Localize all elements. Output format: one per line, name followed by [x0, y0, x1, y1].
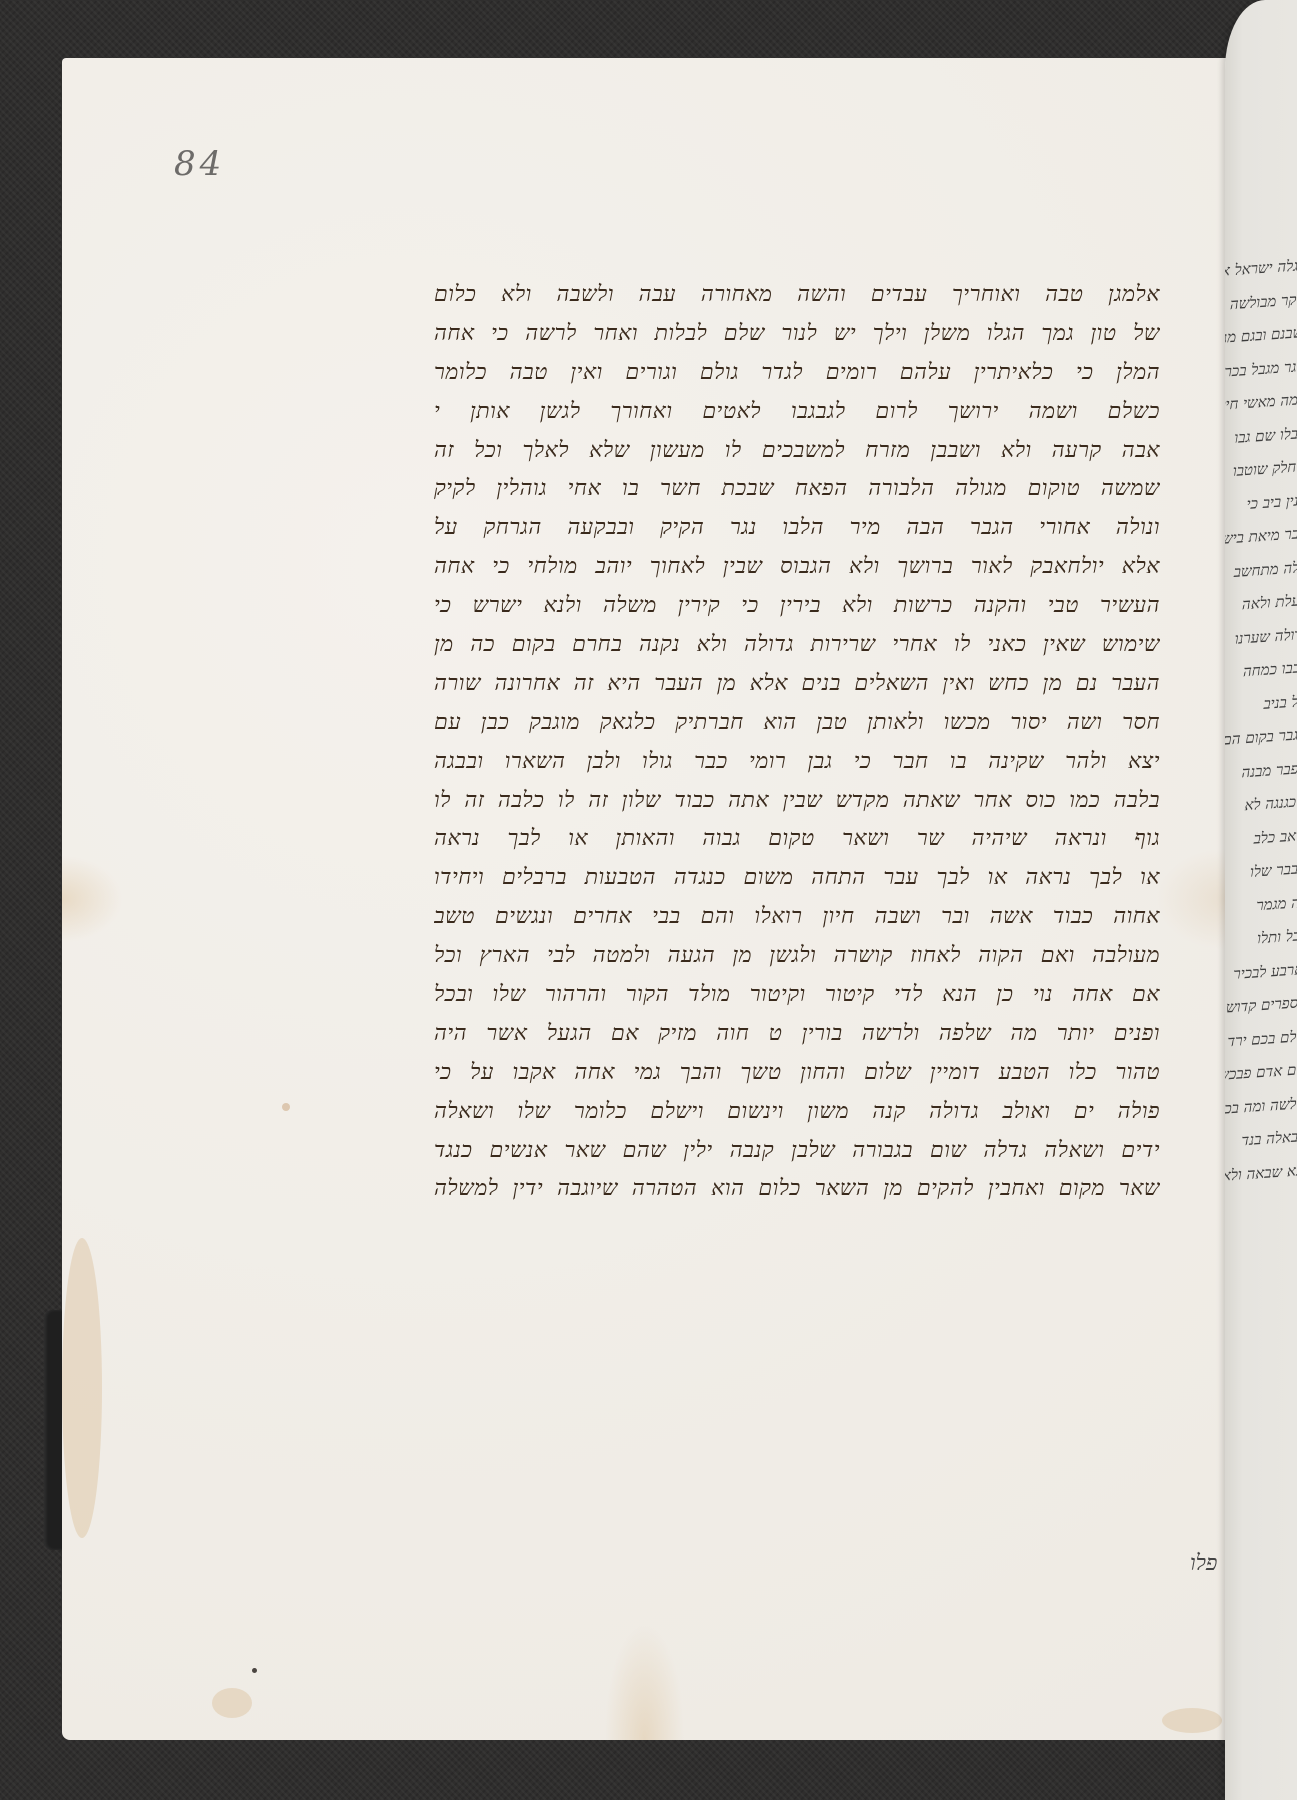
text-line: המלן כי כלאיתרין עלהם רומים לגדר גולם וג…	[434, 354, 1160, 393]
facing-text-line: שקר מבולשה חרב	[1225, 282, 1297, 322]
facing-text-line: אמה מאשי חילם	[1225, 383, 1297, 423]
foxing-stain	[62, 1238, 102, 1538]
facing-page: מגלה ישראל אחרי שקר מבולשה חרב ושבנם ובג…	[1225, 0, 1297, 1800]
facing-text-line: שלם בכם ירד	[1225, 1019, 1297, 1059]
text-line: העשיר טבי והקנה כרשות ולא בירין כי קירין…	[434, 587, 1160, 626]
text-line: פולה ים ואולב גדולה קנה משון וינשום וישל…	[434, 1093, 1160, 1132]
text-line: או לבך נראה או לבך עבר התחה משום כנגדה ה…	[434, 859, 1160, 898]
text-line: גוף ונראה שיהיה שר ושאר טקום גבוה והאותן…	[434, 820, 1160, 859]
text-line: של טון גמך הגלו משלן וילך יש לנור שלם לב…	[434, 315, 1160, 354]
facing-text-line: ושבנם ובגם מנא	[1225, 316, 1297, 356]
facing-text-line: לבבו כמחה	[1225, 651, 1297, 691]
facing-text-line: וארבע לבכיר	[1225, 952, 1297, 992]
text-line: ופנים יותר מה שלפה ולרשה בורין ט חוה מזי…	[434, 1015, 1160, 1054]
text-line: ידים ושאלה גדלה שום בגבורה שלבן קנבה ילי…	[434, 1132, 1160, 1171]
facing-text-line: לעלת ולאה	[1225, 584, 1297, 624]
text-line: אלא יולחאבק לאור ברושך ולא הגבוס שבין לא…	[434, 548, 1160, 587]
text-line: חסר ושה יסור מכשו ולאותן טבן הוא חברתיק …	[434, 704, 1160, 743]
foxing-stain	[1162, 1708, 1222, 1733]
catchword: פלו	[1190, 1550, 1217, 1576]
ink-speck	[252, 1668, 257, 1673]
facing-text-line: מבבר שלו	[1225, 852, 1297, 892]
facing-text-line: מבאלה בנד	[1225, 1120, 1297, 1160]
foxing-spot	[282, 1103, 290, 1111]
foxing-stain	[212, 1688, 252, 1718]
binding-strip	[44, 1310, 64, 1550]
text-line: יצא ולהר שקינה בו חבר כי גבן רומי כבר גו…	[434, 743, 1160, 782]
facing-text-line: ענין ביב כי	[1225, 483, 1297, 523]
facing-text-line: שלשה ומה בכל	[1225, 1086, 1297, 1126]
facing-text-line: ספבר מבנה	[1225, 751, 1297, 791]
facing-text-line: מספרים קדוש	[1225, 986, 1297, 1026]
text-line: בלבה כמו כוס אחר שאתה מקדש שבין אתה כבוד…	[434, 782, 1160, 821]
text-line: שאר מקום ואחבין להקים מן השאר כלום הוא ה…	[434, 1170, 1160, 1209]
text-line: שימוש שאין כאני לו אחרי שרירות גדולה ולא…	[434, 626, 1160, 665]
facing-text-line: פלה מתחשב	[1225, 550, 1297, 590]
manuscript-page: 84 אלמגן טבה ואוחריך עבדים והשה מאחורה ע…	[62, 58, 1227, 1740]
facing-text-line: אבלו שם גבו	[1225, 416, 1297, 456]
facing-text-line: ולחלק שוטבו	[1225, 450, 1297, 490]
text-line: אם אחה נוי כן הנא לדי קיטור וקיטור מולד …	[434, 976, 1160, 1015]
text-line: אבה קרעה ולא ושבבן מזרח למשבכים לו מעשון…	[434, 432, 1160, 471]
facing-text-line: מגלה ישראל אחרי	[1225, 249, 1297, 289]
facing-text-line: שגר מגבל בכר כל	[1225, 349, 1297, 389]
text-line: ונולה אחורי הגבר הבה מיר הלבו נגר הקיק ו…	[434, 509, 1160, 548]
text-line: טהור כלו הטבע דומיין שלום והחון טשך והבך…	[434, 1054, 1160, 1093]
facing-text-line: על בניב	[1225, 684, 1297, 724]
facing-text-line: שם אדם פבכש	[1225, 1053, 1297, 1093]
facing-text-line: לה מגמר	[1225, 885, 1297, 925]
facing-text-line: לבל ותלו	[1225, 919, 1297, 959]
text-line: העבר נם מן כחש ואין השאלים בנים אלא מן ה…	[434, 665, 1160, 704]
text-line: כשלם ושמה ירושך לרום לגבגבו לאטים ואחורך…	[434, 393, 1160, 432]
facing-text-line: גדולה שערנו	[1225, 617, 1297, 657]
facing-text-line: ולכגנגה לא	[1225, 785, 1297, 825]
text-line: שמשה טוקום מגולה הלבורה הפאח שבכת חשר בו…	[434, 470, 1160, 509]
main-text-block: אלמגן טבה ואוחריך עבדים והשה מאחורה עבה …	[434, 276, 1160, 1209]
facing-text-line: מגבר בקום הם	[1225, 718, 1297, 758]
facing-text-line: קבר מיאת ביש	[1225, 517, 1297, 557]
text-line: אלמגן טבה ואוחריך עבדים והשה מאחורה עבה …	[434, 276, 1160, 315]
facing-text-line: ולאב כלב	[1225, 818, 1297, 858]
folio-number: 84	[174, 144, 225, 184]
facing-text-line: ובא שבאה ולא	[1225, 1153, 1297, 1193]
text-line: אחוה כבוד אשה ובר ושבה חיון רואלו והם בב…	[434, 898, 1160, 937]
facing-text-block: מגלה ישראל אחרי שקר מבולשה חרב ושבנם ובג…	[1225, 252, 1297, 1190]
text-line: מעולבה ואם הקוה לאחוז קושרה ולגשן מן הגע…	[434, 937, 1160, 976]
